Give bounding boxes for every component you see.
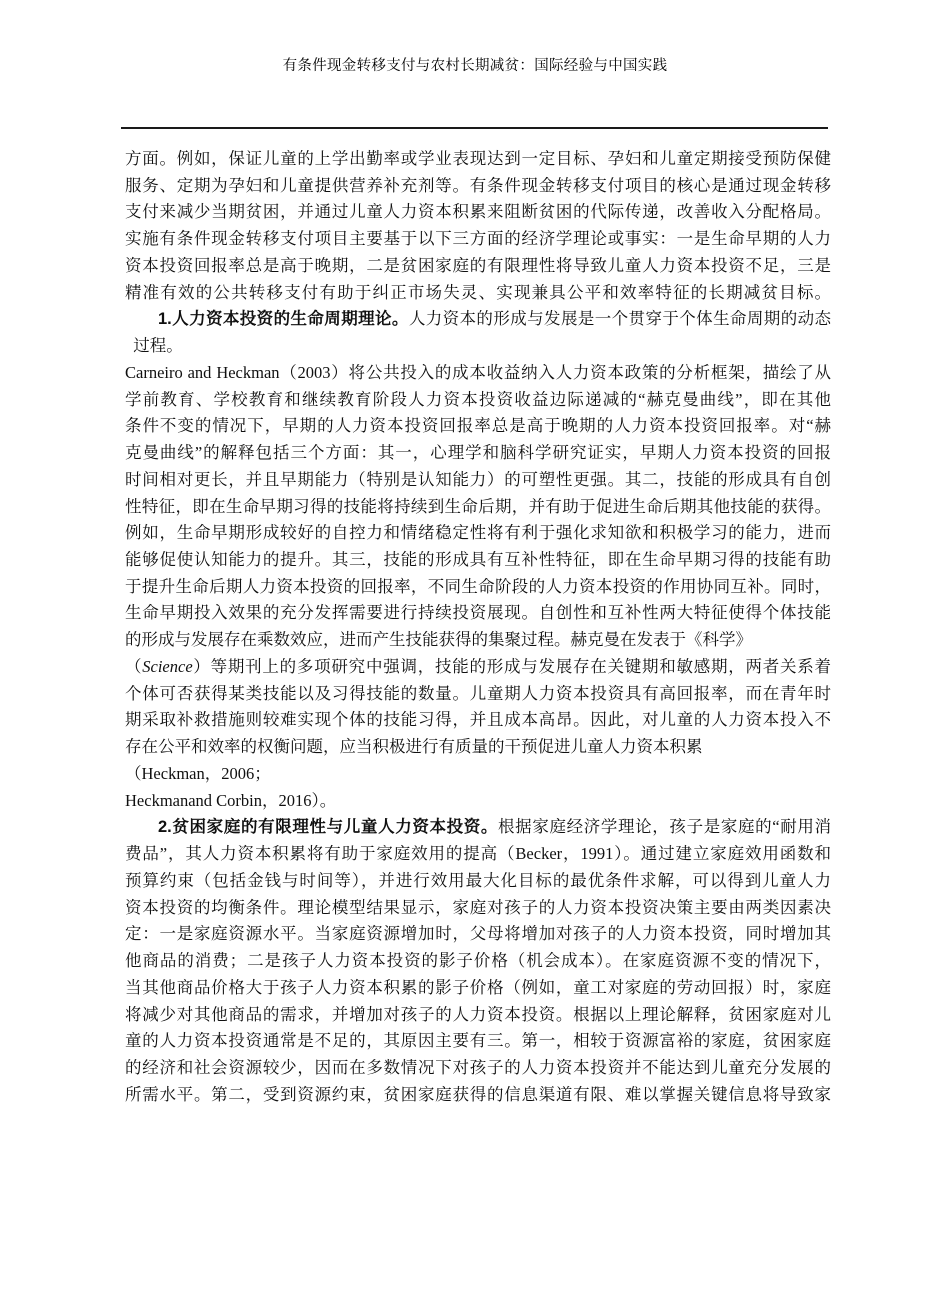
body-text: Heckmanand Corbin，2016）。 (125, 791, 336, 810)
text-line: 定：一是家庭资源水平。当家庭资源增加时，父母将增加对孩子的人力资本投资，同时增加… (125, 921, 831, 948)
body-text: 能够促使认知能力的提升。其三，技能的形成具有互补性特征，即在生命早期习得的技能有… (125, 550, 831, 569)
body-text: 当其他商品价格大于孩子人力资本积累的影子价格（例如，童工对家庭的劳动回报）时，家… (125, 978, 831, 997)
text-line: 费品”，其人力资本积累将有助于家庭效用的提高（Becker，1991）。通过建立… (125, 841, 831, 868)
text-line: 1.人力资本投资的生命周期理论。人力资本的形成与发展是一个贯穿于个体生命周期的动… (125, 306, 831, 333)
body-text: Carneiro and Heckman（2003）将公共投入的成本收益纳入人力… (125, 363, 831, 382)
body-text: 他商品的消费；二是孩子人力资本投资的影子价格（机会成本）。在家庭资源不变的情况下… (125, 951, 831, 970)
text-line: 2.贫困家庭的有限理性与儿童人力资本投资。根据家庭经济学理论，孩子是家庭的“耐用… (125, 814, 831, 841)
text-line: 性特征，即在生命早期习得的技能将持续到生命后期，并有助于促进生命后期其他技能的获… (125, 494, 831, 521)
body-text: Science (142, 657, 192, 676)
body-text: 预算约束（包括金钱与时间等），并进行效用最大化目标的最优条件求解，可以得到儿童人… (125, 871, 831, 890)
text-line: 例如，生命早期形成较好的自控力和情绪稳定性将有利于强化求知欲和积极学习的能力，进… (125, 520, 831, 547)
body-text: 根据家庭经济学理论，孩子是家庭的“耐用消 (498, 817, 831, 836)
text-line: 预算约束（包括金钱与时间等），并进行效用最大化目标的最优条件求解，可以得到儿童人… (125, 868, 831, 895)
body-text: 定：一是家庭资源水平。当家庭资源增加时，父母将增加对孩子的人力资本投资，同时增加… (125, 924, 831, 943)
text-line: 克曼曲线”的解释包括三个方面：其一，心理学和脑科学研究证实，早期人力资本投资的回… (125, 440, 831, 467)
body-text: 的形成与发展存在乘数效应，进而产生技能获得的集聚过程。赫克曼在发表于《科学》 (125, 630, 752, 649)
body-text: 过程。 (133, 336, 183, 355)
text-line: 资本投资的均衡条件。理论模型结果显示，家庭对孩子的人力资本投资决策主要由两类因素… (125, 895, 831, 922)
body-text: 将减少对其他商品的需求，并增加对孩子的人力资本投资。根据以上理论解释，贫困家庭对… (125, 1005, 831, 1024)
body-text: ）等期刊上的多项研究中强调，技能的形成与发展存在关键期和敏感期，两者关系着 (193, 657, 831, 676)
text-line: 他商品的消费；二是孩子人力资本投资的影子价格（机会成本）。在家庭资源不变的情况下… (125, 948, 831, 975)
text-line: 的形成与发展存在乘数效应，进而产生技能获得的集聚过程。赫克曼在发表于《科学》 (125, 627, 831, 654)
body-text: 服务、定期为孕妇和儿童提供营养补充剂等。有条件现金转移支付项目的核心是通过现金转… (125, 176, 831, 195)
body-text: 支付来减少当期贫困，并通过儿童人力资本积累来阻断贫困的代际传递，改善收入分配格局… (125, 202, 831, 221)
body-text: 人力资本的形成与发展是一个贯穿于个体生命周期的动态 (409, 309, 831, 328)
text-line: 存在公平和效率的权衡问题，应当积极进行有质量的干预促进儿童人力资本积累 (125, 734, 831, 761)
text-line: Carneiro and Heckman（2003）将公共投入的成本收益纳入人力… (125, 360, 831, 387)
text-line: 学前教育、学校教育和继续教育阶段人力资本投资收益边际递减的“赫克曼曲线”，即在其… (125, 387, 831, 414)
header-rule (121, 127, 828, 129)
text-line: 童的人力资本投资通常是不足的，其原因主要有三。第一，相较于资源富裕的家庭，贫困家… (125, 1028, 831, 1055)
body-text: 精准有效的公共转移支付有助于纠正市场失灵、实现兼具公平和效率特征的长期减贫目标。 (125, 283, 831, 302)
text-line: 支付来减少当期贫困，并通过儿童人力资本积累来阻断贫困的代际传递，改善收入分配格局… (125, 199, 831, 226)
body-text: 的经济和社会资源较少，因而在多数情况下对孩子的人力资本投资并不能达到儿童充分发展… (125, 1058, 831, 1077)
text-line: 实施有条件现金转移支付项目主要基于以下三方面的经济学理论或事实：一是生命早期的人… (125, 226, 831, 253)
body-text: 例如，生命早期形成较好的自控力和情绪稳定性将有利于强化求知欲和积极学习的能力，进… (125, 523, 831, 542)
text-line: 将减少对其他商品的需求，并增加对孩子的人力资本投资。根据以上理论解释，贫困家庭对… (125, 1002, 831, 1029)
body-text: 实施有条件现金转移支付项目主要基于以下三方面的经济学理论或事实：一是生命早期的人… (125, 229, 831, 248)
body-text: 资本投资的均衡条件。理论模型结果显示，家庭对孩子的人力资本投资决策主要由两类因素… (125, 898, 831, 917)
text-line: 于提升生命后期人力资本投资的回报率，不同生命阶段的人力资本投资的作用协同互补。同… (125, 574, 831, 601)
text-line: 生命早期投入效果的充分发挥需要进行持续投资展现。自创性和互补性两大特征使得个体技… (125, 600, 831, 627)
document-page: 有条件现金转移支付与农村长期减贫：国际经验与中国实践 方面。例如，保证儿童的上学… (0, 0, 950, 1290)
heading-text: 1.人力资本投资的生命周期理论。 (158, 310, 409, 328)
text-line: （Heckman，2006； (125, 761, 831, 788)
body-text: 方面。例如，保证儿童的上学出勤率或学业表现达到一定目标、孕妇和儿童定期接受预防保… (125, 149, 831, 168)
body-text: （Heckman，2006； (125, 764, 271, 783)
text-line: 服务、定期为孕妇和儿童提供营养补充剂等。有条件现金转移支付项目的核心是通过现金转… (125, 173, 831, 200)
body-text: （ (125, 657, 142, 676)
text-line: 条件不变的情况下，早期的人力资本投资回报率总是高于晚期的人力资本投资回报率。对“… (125, 413, 831, 440)
text-line: 精准有效的公共转移支付有助于纠正市场失灵、实现兼具公平和效率特征的长期减贫目标。 (125, 280, 831, 307)
text-line: Heckmanand Corbin，2016）。 (125, 788, 831, 815)
body-text: 资本投资回报率总是高于晚期，二是贫困家庭的有限理性将导致儿童人力资本投资不足，三… (125, 256, 831, 275)
body-text: 生命早期投入效果的充分发挥需要进行持续投资展现。自创性和互补性两大特征使得个体技… (125, 603, 831, 622)
text-line: 期采取补救措施则较难实现个体的技能习得，并且成本高昂。因此，对儿童的人力资本投入… (125, 707, 831, 734)
text-line: 资本投资回报率总是高于晚期，二是贫困家庭的有限理性将导致儿童人力资本投资不足，三… (125, 253, 831, 280)
body-text: 童的人力资本投资通常是不足的，其原因主要有三。第一，相较于资源富裕的家庭，贫困家… (125, 1031, 831, 1050)
body-text: 所需水平。第二，受到资源约束，贫困家庭获得的信息渠道有限、难以掌握关键信息将导致… (125, 1085, 831, 1104)
heading-text: 2.贫困家庭的有限理性与儿童人力资本投资。 (158, 818, 498, 836)
body-text: 性特征，即在生命早期习得的技能将持续到生命后期，并有助于促进生命后期其他技能的获… (125, 497, 831, 516)
body-text: 学前教育、学校教育和继续教育阶段人力资本投资收益边际递减的“赫克曼曲线”，即在其… (125, 390, 831, 409)
text-line: 方面。例如，保证儿童的上学出勤率或学业表现达到一定目标、孕妇和儿童定期接受预防保… (125, 146, 831, 173)
body-text: 个体可否获得某类技能以及习得技能的数量。儿童期人力资本投资具有高回报率，而在青年… (125, 684, 831, 703)
body-text: 期采取补救措施则较难实现个体的技能习得，并且成本高昂。因此，对儿童的人力资本投入… (125, 710, 831, 729)
body-text: 于提升生命后期人力资本投资的回报率，不同生命阶段的人力资本投资的作用协同互补。同… (125, 577, 831, 596)
text-line: 当其他商品价格大于孩子人力资本积累的影子价格（例如，童工对家庭的劳动回报）时，家… (125, 975, 831, 1002)
body-text: 时间相对更长，并且早期能力（特别是认知能力）的可塑性更强。其二，技能的形成具有自… (125, 470, 831, 489)
text-line: 能够促使认知能力的提升。其三，技能的形成具有互补性特征，即在生命早期习得的技能有… (125, 547, 831, 574)
body-text: 费品”，其人力资本积累将有助于家庭效用的提高（Becker，1991）。通过建立… (125, 844, 831, 863)
body-text: 克曼曲线”的解释包括三个方面：其一，心理学和脑科学研究证实，早期人力资本投资的回… (125, 443, 831, 462)
body-text: 条件不变的情况下，早期的人力资本投资回报率总是高于晚期的人力资本投资回报率。对“… (125, 416, 831, 435)
document-body: 方面。例如，保证儿童的上学出勤率或学业表现达到一定目标、孕妇和儿童定期接受预防保… (125, 146, 831, 1108)
text-line: 时间相对更长，并且早期能力（特别是认知能力）的可塑性更强。其二，技能的形成具有自… (125, 467, 831, 494)
text-line: 个体可否获得某类技能以及习得技能的数量。儿童期人力资本投资具有高回报率，而在青年… (125, 681, 831, 708)
text-line: 的经济和社会资源较少，因而在多数情况下对孩子的人力资本投资并不能达到儿童充分发展… (125, 1055, 831, 1082)
page-header-title: 有条件现金转移支付与农村长期减贫：国际经验与中国实践 (0, 56, 950, 76)
text-line: 所需水平。第二，受到资源约束，贫困家庭获得的信息渠道有限、难以掌握关键信息将导致… (125, 1082, 831, 1109)
text-line: 过程。 (125, 333, 831, 360)
text-line: （Science）等期刊上的多项研究中强调，技能的形成与发展存在关键期和敏感期，… (125, 654, 831, 681)
body-text: 存在公平和效率的权衡问题，应当积极进行有质量的干预促进儿童人力资本积累 (125, 737, 703, 756)
